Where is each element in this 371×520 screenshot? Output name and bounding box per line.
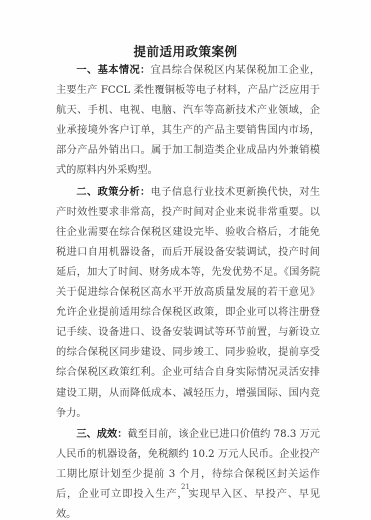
section-heading: 三、成效： xyxy=(76,428,127,440)
section-heading: 二、政策分析： xyxy=(76,186,150,198)
document-body: 一、基本情况：宜昌综合保税区内某保税加工企业，主要生产 FCCL 柔性覆铜板等电… xyxy=(56,60,320,520)
section-results: 三、成效：截至目前，该企业已进口价值约 78.3 万元人民币的机器设备，免税额约… xyxy=(56,424,320,520)
section-text: 宜昌综合保税区内某保税加工企业，主要生产 FCCL 柔性覆铜板等电子材料，产品广… xyxy=(56,65,320,176)
section-basic-situation: 一、基本情况：宜昌综合保税区内某保税加工企业，主要生产 FCCL 柔性覆铜板等电… xyxy=(56,60,320,182)
section-text: 截至目前，该企业已进口价值约 78.3 万元人民币的机器设备，免税额约 10.2… xyxy=(56,429,320,520)
document-page: 提前适用政策案例 一、基本情况：宜昌综合保税区内某保税加工企业，主要生产 FCC… xyxy=(0,0,371,520)
section-heading: 一、基本情况： xyxy=(76,64,150,76)
section-policy-analysis: 二、政策分析：电子信息行业技术更新换代快，对生产时效性要求非常高，投产时间对企业… xyxy=(56,182,320,424)
section-text: 电子信息行业技术更新换代快，对生产时效性要求非常高，投产时间对企业来说非常重要。… xyxy=(56,187,320,419)
document-title: 提前适用政策案例 xyxy=(0,42,371,60)
page-number: 21 xyxy=(0,483,371,491)
